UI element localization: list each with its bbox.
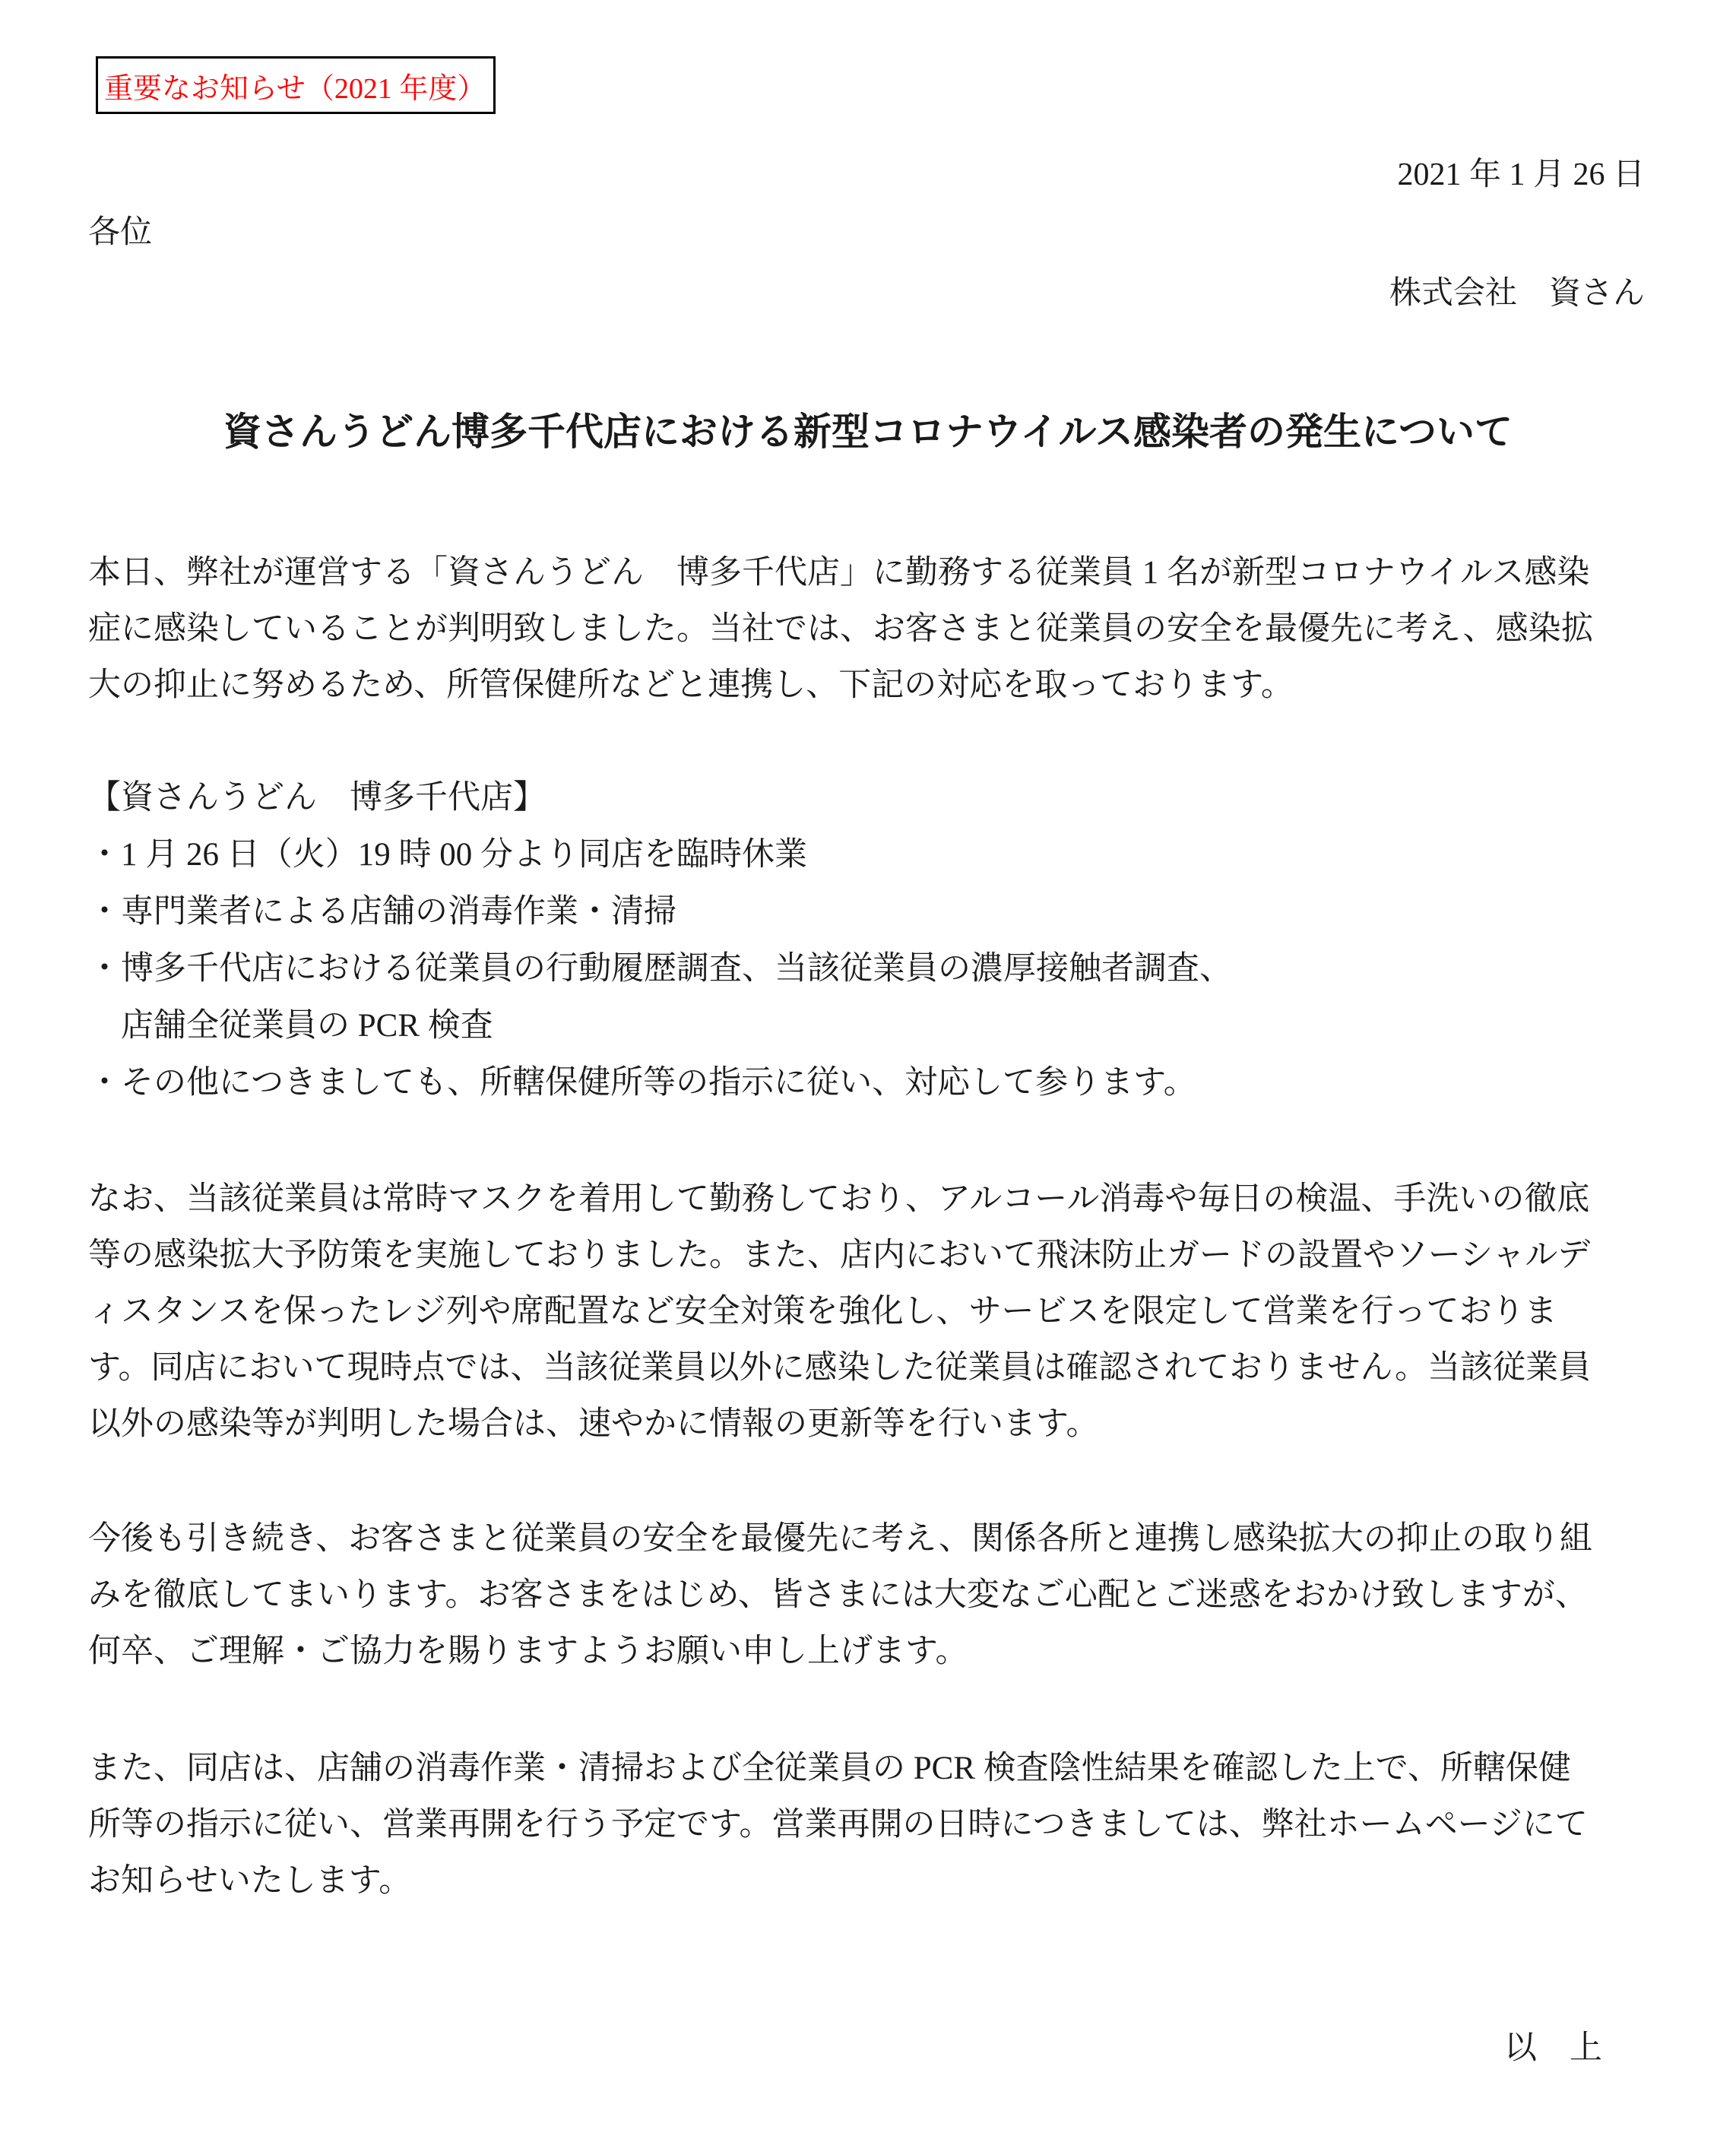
list-line: ・その他につきましても、所轄保健所等の指示に従い、対応して参ります。 <box>88 1054 1648 1111</box>
paragraph-line: 大の抑止に努めるため、所管保健所などと連携し、下記の対応を取っております。 <box>88 658 1648 714</box>
company-name: 株式会社 資さん <box>1389 268 1645 313</box>
paragraph-line: また、同店は、店舗の消毒作業・清掃および全従業員の PCR 検査陰性結果を確認し… <box>88 1741 1648 1797</box>
countermeasure-list: 【資さんうどん 博多千代店】 ・1 月 26 日（火）19 時 00 分より同店… <box>88 769 1648 1111</box>
paragraph-line: 等の感染拡大予防策を実施しておりました。また、店内において飛沫防止ガードの設置や… <box>88 1228 1648 1284</box>
paragraph-line: みを徹底してまいります。お客さまをはじめ、皆さまには大変なご心配とご迷惑をおかけ… <box>88 1567 1648 1624</box>
list-line: ・博多千代店における従業員の行動履歴調査、当該従業員の濃厚接触者調査、 <box>88 940 1648 997</box>
store-section-heading: 【資さんうどん 博多千代店】 <box>88 769 1648 826</box>
paragraph-line: 今後も引き続き、お客さまと従業員の安全を最優先に考え、関係各所と連携し感染拡大の… <box>88 1511 1648 1567</box>
list-line: ・1 月 26 日（火）19 時 00 分より同店を臨時休業 <box>88 826 1648 883</box>
paragraph-line: 症に感染していることが判明致しました。当社では、お客さまと従業員の安全を最優先に… <box>88 601 1648 658</box>
issue-date: 2021 年 1 月 26 日 <box>1397 149 1645 195</box>
document-title: 資さんうどん博多千代店における新型コロナウイルス感染者の発生について <box>0 401 1736 456</box>
prevention-paragraph: なお、当該従業員は常時マスクを着用して勤務しており、アルコール消毒や毎日の検温、… <box>88 1171 1648 1453</box>
paragraph-line: 何卒、ご理解・ご協力を賜りますようお願い申し上げます。 <box>88 1624 1648 1680</box>
notice-document: 重要なお知らせ（2021 年度） 2021 年 1 月 26 日 各位 株式会社… <box>0 0 1736 2139</box>
paragraph-line: 以外の感染等が判明した場合は、速やかに情報の更新等を行います。 <box>88 1396 1648 1453</box>
intro-paragraph: 本日、弊社が運営する「資さんうどん 博多千代店」に勤務する従業員 1 名が新型コ… <box>88 545 1648 714</box>
addressee: 各位 <box>88 207 152 252</box>
paragraph-line: す。同店において現時点では、当該従業員以外に感染した従業員は確認されておりません… <box>88 1340 1648 1396</box>
paragraph-line: 本日、弊社が運営する「資さんうどん 博多千代店」に勤務する従業員 1 名が新型コ… <box>88 545 1648 601</box>
list-line: ・専門業者による店舗の消毒作業・清掃 <box>88 883 1648 940</box>
paragraph-line: 所等の指示に従い、営業再開を行う予定です。営業再開の日時につきましては、弊社ホー… <box>88 1797 1648 1853</box>
reopening-paragraph: また、同店は、店舗の消毒作業・清掃および全従業員の PCR 検査陰性結果を確認し… <box>88 1741 1648 1909</box>
closing-mark: 以 上 <box>1504 2022 1602 2068</box>
appeal-paragraph: 今後も引き続き、お客さまと従業員の安全を最優先に考え、関係各所と連携し感染拡大の… <box>88 1511 1648 1680</box>
paragraph-line: お知らせいたします。 <box>88 1853 1648 1909</box>
paragraph-line: ィスタンスを保ったレジ列や席配置など安全対策を強化し、サービスを限定して営業を行… <box>88 1284 1648 1340</box>
paragraph-line: なお、当該従業員は常時マスクを着用して勤務しており、アルコール消毒や毎日の検温、… <box>88 1171 1648 1228</box>
list-line-continuation: 店舗全従業員の PCR 検査 <box>88 997 1648 1054</box>
important-notice-badge-text: 重要なお知らせ（2021 年度） <box>104 65 486 106</box>
important-notice-badge: 重要なお知らせ（2021 年度） <box>96 56 496 114</box>
